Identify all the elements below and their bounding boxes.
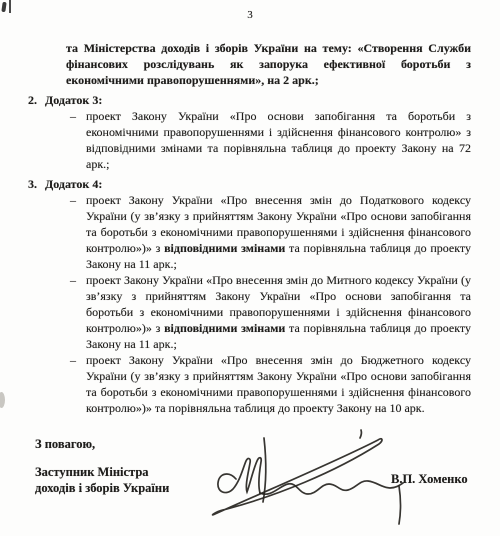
item-number: 3. xyxy=(28,176,45,192)
item-label: Додаток 3: xyxy=(45,93,102,107)
dash-marker: – xyxy=(70,192,86,272)
closing-salutation: З повагою, xyxy=(35,436,95,452)
dash-marker: – xyxy=(70,272,86,352)
bold-phrase: відповідними змінами xyxy=(164,241,285,255)
item-number: 2. xyxy=(28,92,45,108)
dash-marker: – xyxy=(70,352,86,416)
bullet-text: проект Закону України «Про внесення змін… xyxy=(86,192,471,272)
bullet-text: проект Закону України «Про внесення змін… xyxy=(86,272,471,352)
signer-title-line2: доходів і зборів України xyxy=(35,480,169,496)
bullet-item: –проект Закону України «Про основи запоб… xyxy=(70,108,471,172)
attachment-item: 3.Додаток 4:–проект Закону України «Про … xyxy=(28,176,471,416)
scan-artifact xyxy=(9,0,11,13)
bullet-item: –проект Закону України «Про внесення змі… xyxy=(70,192,471,272)
bullet-text: проект Закону України «Про внесення змін… xyxy=(86,352,471,416)
text-segment: проект Закону України «Про внесення змін… xyxy=(86,353,471,415)
page-number: 3 xyxy=(0,0,500,21)
scanned-letter-page: 3 та Міністерства доходів і зборів Украї… xyxy=(0,0,500,536)
bullet-list: –проект Закону України «Про внесення змі… xyxy=(70,192,471,416)
dash-marker: – xyxy=(70,108,86,172)
text-segment: проект Закону України «Про основи запобі… xyxy=(86,109,471,171)
bullet-list: –проект Закону України «Про основи запоб… xyxy=(70,108,471,172)
item-heading: 2.Додаток 3: xyxy=(28,92,471,108)
signer-title: Заступник Міністра доходів і зборів Укра… xyxy=(35,464,169,496)
signer-name: В.П. Хоменко xyxy=(391,471,468,487)
continuation-paragraph: та Міністерства доходів і зборів України… xyxy=(66,40,471,88)
attachment-list: 2.Додаток 3:–проект Закону України «Про … xyxy=(28,92,471,416)
bullet-text: проект Закону України «Про основи запобі… xyxy=(86,108,471,172)
scan-artifact xyxy=(0,392,5,408)
bold-phrase: відповідними змінами xyxy=(164,321,285,335)
attachment-item: 2.Додаток 3:–проект Закону України «Про … xyxy=(28,92,471,172)
item-label: Додаток 4: xyxy=(45,177,102,191)
bullet-item: –проект Закону України «Про внесення змі… xyxy=(70,272,471,352)
bullet-item: –проект Закону України «Про внесення змі… xyxy=(70,352,471,416)
signer-title-line1: Заступник Міністра xyxy=(35,464,169,480)
item-heading: 3.Додаток 4: xyxy=(28,176,471,192)
signature-block: З повагою, Заступник Міністра доходів і … xyxy=(0,426,500,536)
